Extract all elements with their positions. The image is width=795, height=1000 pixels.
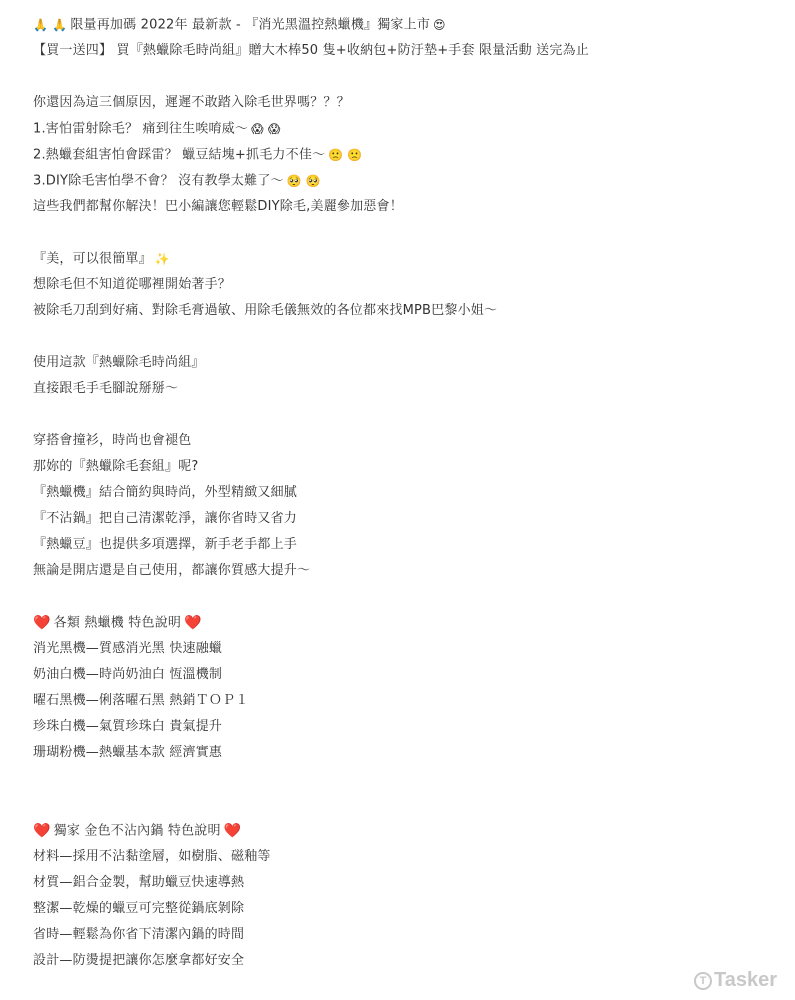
text-line: 材料—採用不沾黏塗層，如樹脂、磁釉等 — [33, 844, 785, 870]
text-line: 『美，可以很簡單』✨ — [33, 246, 785, 272]
line-text: 『不沾鍋』把自己清潔乾淨，讓你省時又省力 — [33, 511, 297, 526]
line-text: 想除毛但不知道從哪裡開始著手？ — [33, 277, 231, 292]
text-line: 2.熱蠟套組害怕會踩雷？ 蠟豆結塊+抓毛力不佳～🙁 🙁 — [33, 142, 785, 168]
line-text: 那妳的『熱蠟除毛套組』呢? — [33, 459, 199, 474]
text-line: ❤️各類 熱蠟機 特色說明❤️ — [33, 610, 785, 636]
line-text: 『熱蠟機』結合簡約與時尚，外型精緻又細膩 — [33, 485, 297, 500]
line-text: 珍珠白機—氣質珍珠白 貴氣提升 — [33, 719, 222, 734]
line-text: 【買一送四】 買『熱蠟除毛時尚組』贈大木棒50 隻+收納包+防汙墊+手套 限量活… — [33, 43, 589, 58]
blank-line — [33, 402, 785, 428]
line-text: 設計—防燙提把讓你怎麼拿都好安全 — [33, 953, 244, 968]
text-line: 想除毛但不知道從哪裡開始著手？ — [33, 272, 785, 298]
heart-icon: ❤️ — [33, 610, 51, 636]
pray-hands-icon: 🙏 🙏 — [33, 12, 67, 38]
blank-line — [33, 324, 785, 350]
text-line: 曜石黑機—俐落曜石黑 熱銷ＴＯＰ１ — [33, 688, 785, 714]
text-line: 直接跟毛手毛腳說掰掰～ — [33, 376, 785, 402]
line-text: 『美，可以很簡單』 — [33, 252, 152, 267]
text-line: 省時—輕鬆為你省下清潔內鍋的時間 — [33, 922, 785, 948]
text-line: 穿搭會撞衫，時尚也會褪色 — [33, 428, 785, 454]
line-text: 整潔—乾燥的蠟豆可完整從鍋底剝除 — [33, 901, 244, 916]
text-line: 這些我們都幫你解決！巴小編讓您輕鬆DIY除毛,美麗參加惡會！ — [33, 194, 785, 220]
line-text: 1.害怕雷射除毛？ 痛到往生唉唷威～ — [33, 122, 248, 137]
text-line: 整潔—乾燥的蠟豆可完整從鍋底剝除 — [33, 896, 785, 922]
watermark-text: Tasker — [714, 969, 777, 992]
text-line: 3.DIY除毛害怕學不會？ 沒有教學太難了～🥺 🥺 — [33, 168, 785, 194]
heart-icon: ❤️ — [224, 818, 242, 844]
text-line: 被除毛刀刮到好痛、對除毛膏過敏、用除毛儀無效的各位都來找MPB巴黎小姐～ — [33, 298, 785, 324]
line-text: 穿搭會撞衫，時尚也會褪色 — [33, 433, 191, 448]
text-line: 使用這款『熱蠟除毛時尚組』 — [33, 350, 785, 376]
tasker-watermark: T Tasker — [694, 969, 777, 992]
text-line: 『熱蠟豆』也提供多項選擇，新手老手都上手 — [33, 532, 785, 558]
text-line: 奶油白機—時尚奶油白 恆溫機制 — [33, 662, 785, 688]
emoji-icon: 😍 — [433, 12, 446, 38]
line-text: 珊瑚粉機—熱蠟基本款 經濟實惠 — [33, 745, 222, 760]
line-text: 2.熱蠟套組害怕會踩雷？ 蠟豆結塊+抓毛力不佳～ — [33, 148, 325, 163]
line-text: 這些我們都幫你解決！巴小編讓您輕鬆DIY除毛,美麗參加惡會！ — [33, 199, 403, 214]
tasker-logo-icon: T — [694, 972, 712, 990]
blank-line — [33, 766, 785, 792]
text-line: 你還因為這三個原因，遲遲不敢踏入除毛世界嗎？？？ — [33, 90, 785, 116]
line-text: 各類 熱蠟機 特色說明 — [54, 616, 181, 631]
blank-line — [33, 220, 785, 246]
line-text: 材料—採用不沾黏塗層，如樹脂、磁釉等 — [33, 849, 271, 864]
text-line: 珊瑚粉機—熱蠟基本款 經濟實惠 — [33, 740, 785, 766]
text-line: 無論是開店還是自己使用，都讓你質感大提升～ — [33, 558, 785, 584]
text-line: 【買一送四】 買『熱蠟除毛時尚組』贈大木棒50 隻+收納包+防汙墊+手套 限量活… — [33, 38, 785, 64]
text-line: 🙏 🙏限量再加碼 2022年 最新款 - 『消光黑溫控熱蠟機』獨家上市😍 — [33, 12, 785, 38]
emoji-icon: 🥺 🥺 — [287, 168, 321, 194]
line-text: 限量再加碼 2022年 最新款 - 『消光黑溫控熱蠟機』獨家上市 — [70, 18, 430, 33]
heart-icon: ❤️ — [184, 610, 202, 636]
line-text: 3.DIY除毛害怕學不會？ 沒有教學太難了～ — [33, 174, 284, 189]
text-line: 『不沾鍋』把自己清潔乾淨，讓你省時又省力 — [33, 506, 785, 532]
text-line: 消光黑機—質感消光黑 快速融蠟 — [33, 636, 785, 662]
line-text: 直接跟毛手毛腳說掰掰～ — [33, 381, 178, 396]
line-text: 被除毛刀刮到好痛、對除毛膏過敏、用除毛儀無效的各位都來找MPB巴黎小姐～ — [33, 303, 497, 318]
text-line: 珍珠白機—氣質珍珠白 貴氣提升 — [33, 714, 785, 740]
line-text: 『熱蠟豆』也提供多項選擇，新手老手都上手 — [33, 537, 297, 552]
emoji-icon: 😱 😱 — [251, 116, 280, 142]
line-text: 省時—輕鬆為你省下清潔內鍋的時間 — [33, 927, 244, 942]
text-line: 『熱蠟機』結合簡約與時尚，外型精緻又細膩 — [33, 480, 785, 506]
text-line: 設計—防燙提把讓你怎麼拿都好安全 — [33, 948, 785, 974]
line-text: 材質—鋁合金製，幫助蠟豆快速導熱 — [33, 875, 244, 890]
line-text: 曜石黑機—俐落曜石黑 熱銷ＴＯＰ１ — [33, 693, 249, 708]
line-text: 獨家 金色不沾內鍋 特色說明 — [54, 824, 221, 839]
blank-line — [33, 792, 785, 818]
text-line: 1.害怕雷射除毛？ 痛到往生唉唷威～😱 😱 — [33, 116, 785, 142]
text-line: 材質—鋁合金製，幫助蠟豆快速導熱 — [33, 870, 785, 896]
emoji-icon: 🙁 🙁 — [328, 142, 362, 168]
text-line: 那妳的『熱蠟除毛套組』呢? — [33, 454, 785, 480]
text-line: ❤️獨家 金色不沾內鍋 特色說明❤️ — [33, 818, 785, 844]
blank-line — [33, 64, 785, 90]
line-text: 使用這款『熱蠟除毛時尚組』 — [33, 355, 205, 370]
line-text: 消光黑機—質感消光黑 快速融蠟 — [33, 641, 222, 656]
line-text: 奶油白機—時尚奶油白 恆溫機制 — [33, 667, 222, 682]
line-text: 無論是開店還是自己使用，都讓你質感大提升～ — [33, 563, 310, 578]
heart-icon: ❤️ — [33, 818, 51, 844]
post-body: 🙏 🙏限量再加碼 2022年 最新款 - 『消光黑溫控熱蠟機』獨家上市😍【買一送… — [33, 12, 785, 974]
line-text: 你還因為這三個原因，遲遲不敢踏入除毛世界嗎？？？ — [33, 95, 350, 110]
emoji-icon: ✨ — [155, 246, 170, 272]
blank-line — [33, 584, 785, 610]
